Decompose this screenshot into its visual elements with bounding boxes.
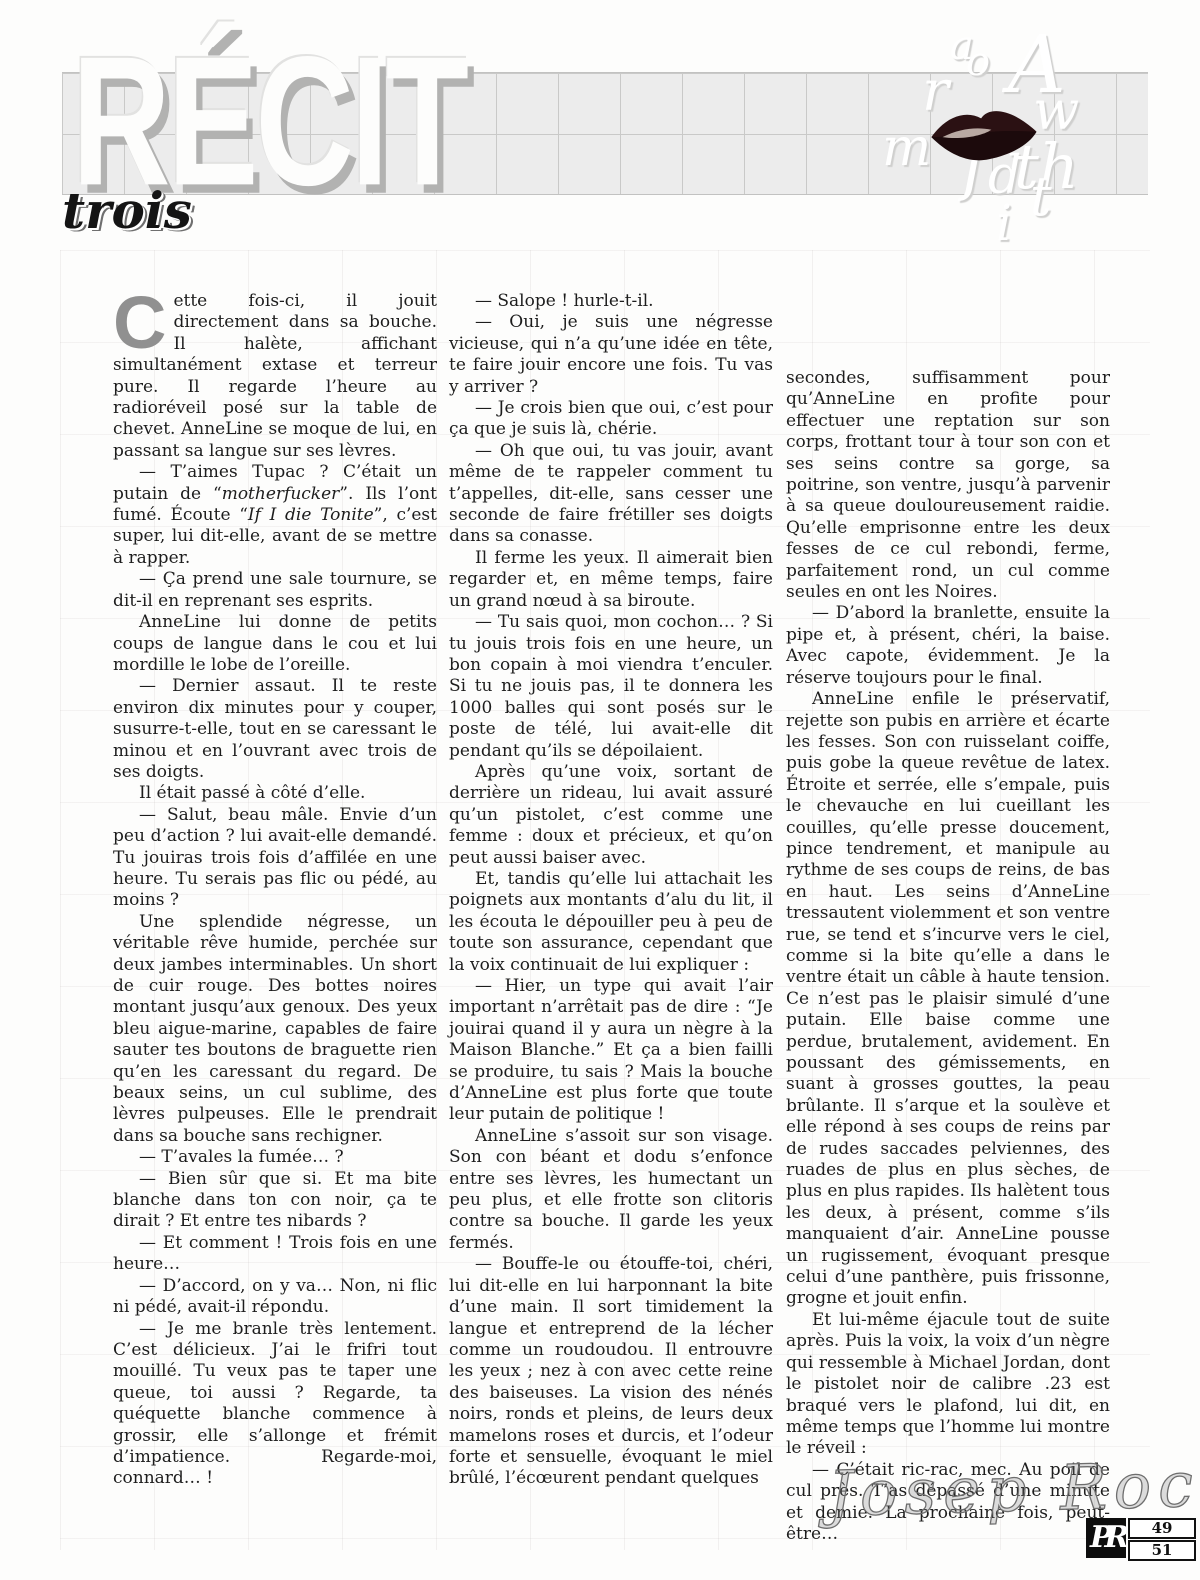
paragraph: — Tu sais quoi, mon cochon… ? Si tu joui… — [449, 612, 773, 762]
paragraph: Et, tandis qu’elle lui attachait les poi… — [449, 869, 773, 976]
paragraph: — Bouffe-le ou étouffe-toi, chéri, lui d… — [449, 1254, 773, 1489]
text-run: — Salut, beau mâle. Envie d’un peu d’act… — [113, 805, 437, 911]
text-run: Il ferme les yeux. Il aimerait bien rega… — [449, 548, 773, 611]
magazine-logo: PR 49 51 — [1086, 1518, 1196, 1561]
page-number-block: 49 51 — [1128, 1518, 1196, 1561]
paragraph: Il ferme les yeux. Il aimerait bien rega… — [449, 548, 773, 612]
paragraph: Après qu’une voix, sortant de derrière u… — [449, 762, 773, 869]
drop-cap: C — [113, 293, 166, 355]
text-run: — Je crois bien que oui, c’est pour ça q… — [449, 398, 773, 439]
paragraph: — Oui, je suis une négresse vicieuse, qu… — [449, 312, 773, 398]
ghost-letter: i — [996, 198, 1012, 248]
text-run: AnneLine enfile le préservatif, rejette … — [786, 689, 1110, 1308]
logo-monogram-box: PR — [1086, 1518, 1126, 1558]
text-column-3: secondes, suffisamment pour qu’AnneLine … — [786, 291, 1110, 1545]
text-run: — Je me branle très lentement. C’est dél… — [113, 1319, 437, 1489]
italic-text: If I die Tonite — [248, 505, 374, 525]
paragraph: Cette fois-ci, il jouit directement dans… — [113, 291, 437, 462]
paragraph: Il était passé à côté d’elle. — [113, 783, 437, 804]
text-run: secondes, suffisamment pour qu’AnneLine … — [786, 368, 1110, 602]
paragraph: Une splendide négresse, un véritable rêv… — [113, 912, 437, 1147]
paragraph: — Bien sûr que si. Et ma bite blanche da… — [113, 1169, 437, 1233]
text-run: — Salope ! hurle-t-il. — [475, 291, 654, 311]
paragraph: — Salut, beau mâle. Envie d’un peu d’act… — [113, 805, 437, 912]
text-run: — D’accord, on y va… Non, ni flic ni péd… — [113, 1276, 437, 1317]
text-run: — Bouffe-le ou étouffe-toi, chéri, lui d… — [449, 1254, 773, 1488]
text-run: AnneLine s’assoit sur son visage. Son co… — [449, 1126, 773, 1253]
paragraph: — T’aimes Tupac ? C’était un putain de “… — [113, 462, 437, 569]
text-run: Il était passé à côté d’elle. — [139, 783, 365, 803]
text-run: Une splendide négresse, un véritable rêv… — [113, 912, 437, 1146]
paragraph: Et lui-même éjacule tout de suite après.… — [786, 1310, 1110, 1460]
text-run: — Et comment ! Trois fois en une heure… — [113, 1233, 437, 1274]
text-run: Et, tandis qu’elle lui attachait les poi… — [449, 869, 773, 975]
text-run: — Dernier assaut. Il te reste environ di… — [113, 676, 437, 782]
ghost-letter: a — [950, 26, 974, 66]
paragraph: AnneLine lui donne de petits coups de la… — [113, 612, 437, 676]
text-run: Et lui-même éjacule tout de suite après.… — [786, 1310, 1110, 1458]
text-column-2: — Salope ! hurle-t-il.— Oui, je suis une… — [449, 291, 773, 1490]
paragraph: — Hier, un type qui avait l’air importan… — [449, 976, 773, 1126]
paragraph: — D’accord, on y va… Non, ni flic ni péd… — [113, 1276, 437, 1319]
paragraph: — Et comment ! Trois fois en une heure… — [113, 1233, 437, 1276]
lips-icon — [924, 92, 1043, 177]
page-number-top: 49 — [1128, 1518, 1196, 1539]
text-run: — Hier, un type qui avait l’air importan… — [449, 976, 773, 1124]
text-run: — Bien sûr que si. Et ma bite blanche da… — [113, 1169, 437, 1232]
paragraph: — Je me branle très lentement. C’est dél… — [113, 1319, 437, 1490]
text-run: — Oui, je suis une négresse vicieuse, qu… — [449, 312, 773, 396]
text-run: — Tu sais quoi, mon cochon… ? Si tu joui… — [449, 612, 773, 760]
magazine-page: aoArwmfdthti RÉCIT trois Cette fois-ci, … — [0, 0, 1200, 1580]
text-run: Après qu’une voix, sortant de derrière u… — [449, 762, 773, 868]
italic-text: motherfucker — [222, 484, 340, 504]
paragraph: secondes, suffisamment pour qu’AnneLine … — [786, 368, 1110, 603]
text-run: — D’abord la branlette, ensuite la pipe … — [786, 603, 1110, 687]
paragraph: — D’abord la branlette, ensuite la pipe … — [786, 603, 1110, 689]
text-column-1: Cette fois-ci, il jouit directement dans… — [113, 291, 437, 1490]
paragraph: — T’avales la fumée… ? — [113, 1147, 437, 1168]
text-run: AnneLine lui donne de petits coups de la… — [113, 612, 437, 675]
text-run: — Oh que oui, tu vas jouir, avant même d… — [449, 441, 773, 547]
paragraph: AnneLine s’assoit sur son visage. Son co… — [449, 1126, 773, 1254]
page-number-bottom: 51 — [1128, 1540, 1196, 1561]
text-run: — Ça prend une sale tournure, se dit-il … — [113, 569, 437, 610]
text-run: — T’avales la fumée… ? — [139, 1147, 344, 1167]
paragraph: — Ça prend une sale tournure, se dit-il … — [113, 569, 437, 612]
paragraph: — Oh que oui, tu vas jouir, avant même d… — [449, 441, 773, 548]
logo-monogram: PR — [1090, 1519, 1122, 1557]
paragraph: — Dernier assaut. Il te reste environ di… — [113, 676, 437, 783]
paragraph: AnneLine enfile le préservatif, rejette … — [786, 689, 1110, 1310]
paragraph: — Salope ! hurle-t-il. — [449, 291, 773, 312]
paragraph: — Je crois bien que oui, c’est pour ça q… — [449, 398, 773, 441]
story-number: trois — [62, 186, 192, 236]
author-signature: Josep Roca — [827, 1453, 1200, 1526]
